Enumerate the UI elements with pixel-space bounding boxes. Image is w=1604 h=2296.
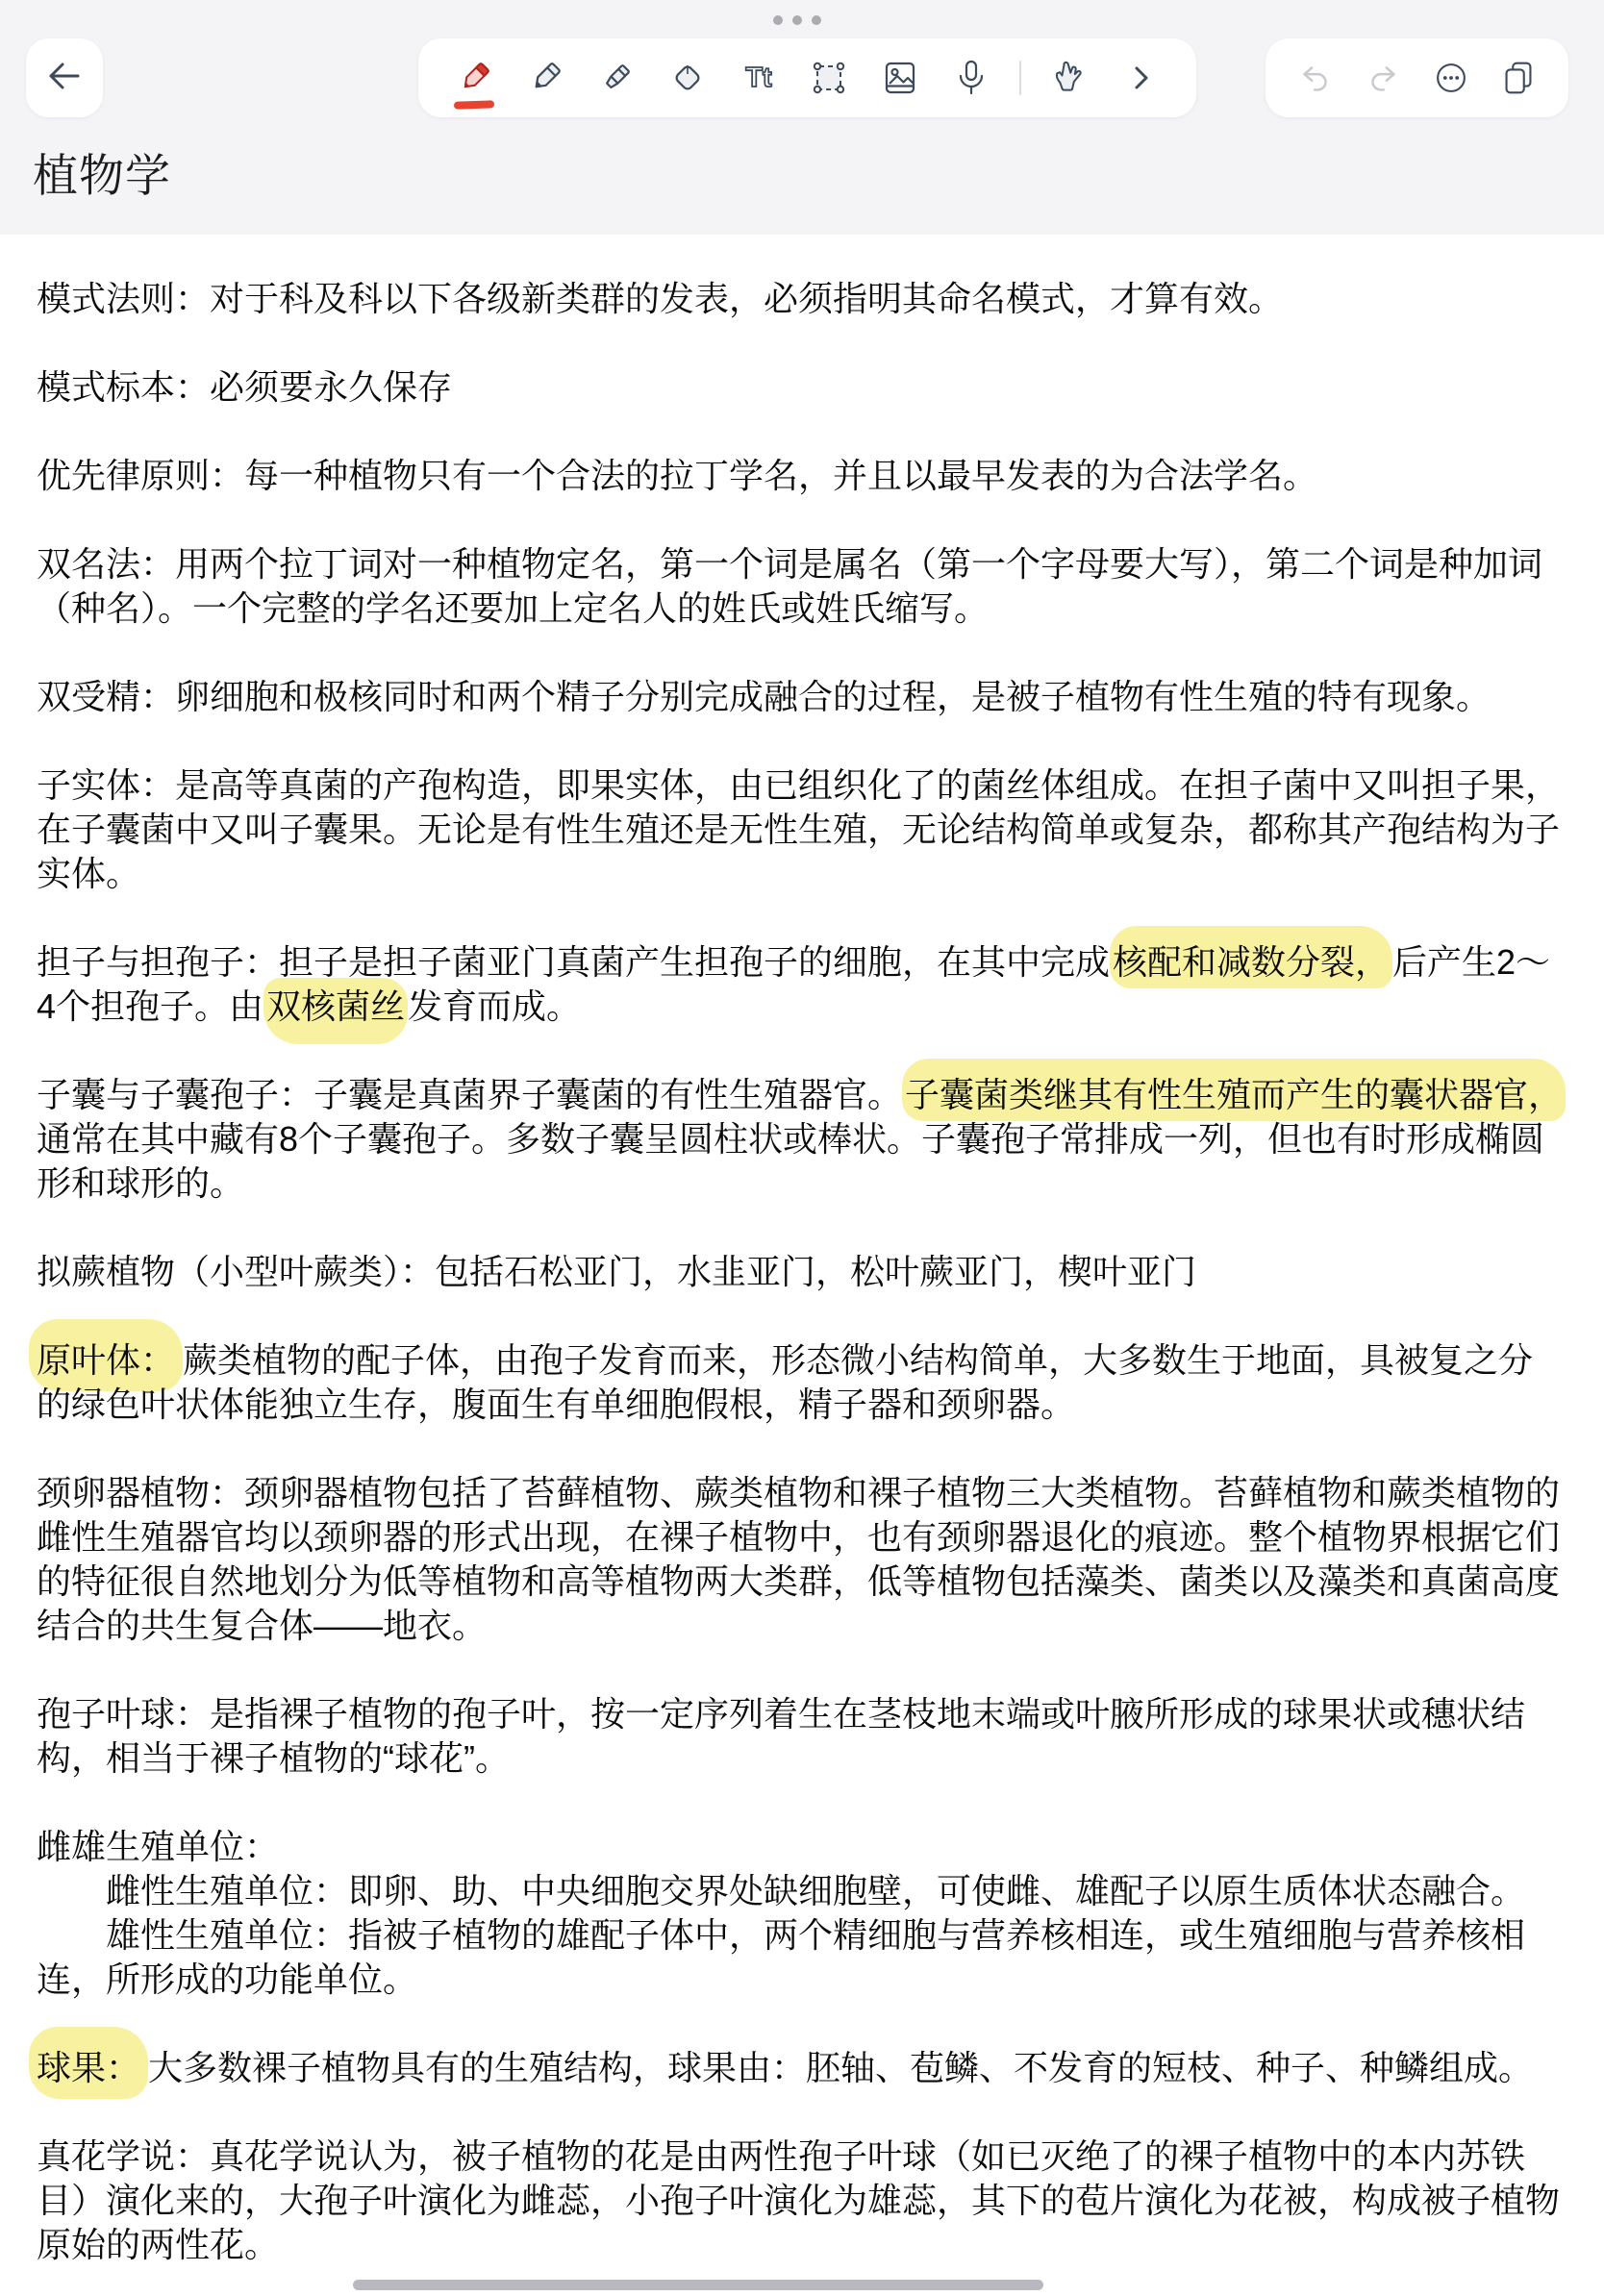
text-run: 子实体：是高等真菌的产孢构造，即果实体，由已组织化了的菌丝体组成。在担子菌中又叫… [37,765,1560,893]
paragraph: 孢子叶球：是指裸子植物的孢子叶，按一定序列着生在茎枝地末端或叶腋所形成的球果状或… [37,1692,1567,1781]
highlighted-text: 子囊菌类继其有性生殖而产生的囊状器官， [902,1059,1566,1121]
microphone-icon [949,56,993,100]
back-button[interactable] [26,38,103,117]
paragraph: 子囊与子囊孢子：子囊是真菌界子囊菌的有性生殖器官。子囊菌类继其有性生殖而产生的囊… [37,1073,1567,1206]
text-run: 蕨类植物的配子体，由孢子发育而来，形态微小结构简单，大多数生于地面，具被复之分的… [37,1340,1533,1424]
text-run: 真花学说：真花学说认为，被子植物的花是由两性孢子叶球（如已灭绝了的裸子植物中的本… [37,2136,1560,2264]
app-header: Tt [0,0,1604,234]
back-arrow-icon [42,54,87,103]
window-drag-handle[interactable] [773,15,831,27]
text-run: 发育而成。 [408,986,581,1026]
pointing-hand-icon [1047,56,1091,100]
actions-toolbar [1266,38,1568,117]
note-page[interactable]: 模式法则：对于科及科以下各级新类群的发表，必须指明其命名模式，才算有效。模式标本… [0,234,1604,2296]
svg-text:Tt: Tt [745,62,772,93]
highlighter-tool[interactable] [593,50,639,106]
scroll-indicator-bar[interactable] [353,2280,1043,2290]
text-run: 模式法则：对于科及科以下各级新类群的发表，必须指明其命名模式，才算有效。 [37,279,1283,318]
chevron-right-icon [1118,56,1163,100]
paragraph: 优先律原则：每一种植物只有一个合法的拉丁学名，并且以最早发表的为合法学名。 [37,454,1567,498]
highlighted-text: 球果： [29,2027,148,2099]
paragraph: 模式法则：对于科及科以下各级新类群的发表，必须指明其命名模式，才算有效。 [37,277,1567,321]
paragraph: 模式标本：必须要永久保存 [37,365,1567,410]
redo-button[interactable] [1360,50,1406,106]
toolbar-divider [1019,61,1021,95]
expand-tools-button[interactable] [1117,50,1164,106]
highlighted-text: 核配和减数分裂， [1110,926,1392,988]
red-pen-icon [452,56,496,100]
highlighter-icon [594,56,639,100]
image-tool[interactable] [877,50,923,106]
ellipsis-circle-icon [1430,57,1472,99]
paragraph: 颈卵器植物：颈卵器植物包括了苔藓植物、蕨类植物和裸子植物三大类植物。苔藓植物和蕨… [37,1471,1567,1648]
redo-icon [1362,57,1404,99]
eraser-tool[interactable] [664,50,711,106]
paragraph: 雌雄生殖单位： [37,1825,1567,1869]
microphone-tool[interactable] [948,50,994,106]
image-icon [878,56,922,100]
pages-copy-button[interactable] [1495,50,1541,106]
text-run: 子囊与子囊孢子：子囊是真菌界子囊菌的有性生殖器官。 [37,1075,902,1114]
text-run: 通常在其中藏有8个子囊孢子。多数子囊呈圆柱状或棒状。子囊孢子常排成一列，但也有时… [37,1119,1544,1203]
undo-icon [1294,57,1337,99]
lasso-select-tool[interactable] [806,50,852,106]
paragraph: 原叶体：蕨类植物的配子体，由孢子发育而来，形态微小结构简单，大多数生于地面，具被… [37,1338,1567,1427]
paragraph: 子实体：是高等真菌的产孢构造，即果实体，由已组织化了的菌丝体组成。在担子菌中又叫… [37,763,1567,896]
paragraph: 担子与担孢子：担子是担子菌亚门真菌产生担孢子的细胞，在其中完成核配和减数分裂，后… [37,940,1567,1029]
selected-tool-underline [454,100,494,109]
text-run: 孢子叶球：是指裸子植物的孢子叶，按一定序列着生在茎枝地末端或叶腋所形成的球果状或… [37,1694,1525,1778]
text-run: 雄性生殖单位：指被子植物的雄配子体中，两个精细胞与营养核相连，或生殖细胞与营养核… [37,1915,1525,1999]
text-run: 担子与担孢子：担子是担子菌亚门真菌产生担孢子的细胞，在其中完成 [37,942,1110,982]
text-run: 雌雄生殖单位： [37,1827,279,1866]
eraser-icon [665,56,710,100]
paragraph: 真花学说：真花学说认为，被子植物的花是由两性孢子叶球（如已灭绝了的裸子植物中的本… [37,2134,1567,2267]
text-run: 雌性生殖单位：即卵、助、中央细胞交界处缺细胞壁，可使雌、雄配子以原生质体状态融合… [106,1871,1525,1910]
page-title: 植物学 [33,140,171,205]
highlighted-text: 原叶体： [29,1319,183,1391]
paragraph: 双名法：用两个拉丁词对一种植物定名，第一个词是属名（第一个字母要大写），第二个词… [37,542,1567,631]
paragraph: 双受精：卵细胞和极核同时和两个精子分别完成融合的过程，是被子植物有性生殖的特有现… [37,675,1567,719]
highlighted-text: 双核菌丝 [263,978,408,1044]
pages-copy-icon [1497,57,1540,99]
paragraph: 拟蕨植物（小型叶蕨类）：包括石松亚门，水韭亚门，松叶蕨亚门，楔叶亚门 [37,1250,1567,1294]
paragraph: 雄性生殖单位：指被子植物的雄配子体中，两个精细胞与营养核相连，或生殖细胞与营养核… [37,1913,1567,2002]
paragraph: 球果：大多数裸子植物具有的生殖结构，球果由：胚轴、苞鳞、不发育的短枝、种子、种鳞… [37,2046,1567,2090]
text-run: 优先律原则：每一种植物只有一个合法的拉丁学名，并且以最早发表的为合法学名。 [37,456,1317,495]
text-run: 拟蕨植物（小型叶蕨类）：包括石松亚门，水韭亚门，松叶蕨亚门，楔叶亚门 [37,1252,1196,1291]
undo-button[interactable] [1292,50,1339,106]
red-pen-tool[interactable] [451,50,497,106]
pointer-tool[interactable] [1046,50,1092,106]
text-tool-icon: Tt [737,56,781,100]
more-options-button[interactable] [1428,50,1474,106]
text-run: 双受精：卵细胞和极核同时和两个精子分别完成融合的过程，是被子植物有性生殖的特有现… [37,677,1491,716]
tools-toolbar: Tt [418,38,1196,117]
pen-icon [523,56,567,100]
text-run: 模式标本：必须要永久保存 [37,367,452,407]
pen-tool[interactable] [522,50,568,106]
text-run: 大多数裸子植物具有的生殖结构，球果由：胚轴、苞鳞、不发育的短枝、种子、种鳞组成。 [148,2048,1533,2087]
text-tool[interactable]: Tt [736,50,782,106]
lasso-select-icon [807,56,851,100]
text-run: 颈卵器植物：颈卵器植物包括了苔藓植物、蕨类植物和裸子植物三大类植物。苔藓植物和蕨… [37,1473,1560,1645]
text-run: 双名法：用两个拉丁词对一种植物定名，第一个词是属名（第一个字母要大写），第二个词… [37,544,1542,628]
paragraph: 雌性生殖单位：即卵、助、中央细胞交界处缺细胞壁，可使雌、雄配子以原生质体状态融合… [37,1869,1567,1913]
note-body: 模式法则：对于科及科以下各级新类群的发表，必须指明其命名模式，才算有效。模式标本… [37,277,1567,2267]
